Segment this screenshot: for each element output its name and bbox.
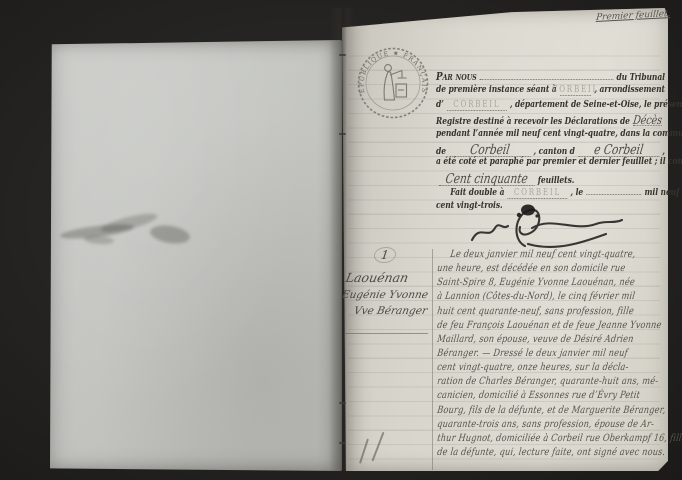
margin-rule [344, 333, 428, 334]
margin-widow-name: Vve Béranger [353, 305, 429, 317]
corbeil-stamp: CORBEIL [514, 188, 561, 198]
printed-title-form: Par nous du Tribunal de première instanc… [436, 70, 666, 214]
form-line: Par nous du Tribunal [436, 70, 665, 84]
act-line: Saint-Spire 8, Eugénie Yvonne Laouénan, … [436, 277, 669, 291]
act-line: Le deux janvier mil neuf cent vingt-quat… [436, 249, 682, 263]
margin-divider-line [432, 249, 433, 470]
blank-line [480, 70, 613, 80]
form-text: , canton d [533, 146, 574, 157]
stitch-mark [339, 442, 346, 444]
form-line: de Corbeil , canton d e Corbeil , [436, 142, 665, 156]
fill-in: Décès [633, 113, 662, 126]
form-text: , arrondissement [594, 84, 665, 95]
form-text: Registre destiné à recevoir les Déclarat… [436, 116, 630, 127]
fill-in: Corbeil [449, 142, 530, 157]
form-text: , le [571, 187, 584, 198]
form-text: de [436, 146, 446, 157]
act-line: à Lannion (Côtes-du-Nord), le cinq févri… [436, 291, 669, 305]
form-text: du Tribunal [616, 72, 664, 83]
act-line: cent vingt-quatre, onze heures, sur la d… [436, 362, 669, 376]
corbeil-stamp: CORBEIL [552, 85, 599, 95]
act-line: Béranger. — Dressé le deux janvier mil n… [436, 348, 669, 362]
act-line: une heure, est décédée en son domicile r… [436, 263, 669, 277]
form-line: Cent cinquante feuillets. [436, 171, 665, 185]
act-line: canicien, domicilié à Essonnes rue d’Évr… [436, 390, 669, 404]
republique-francaise-seal-icon: RÉPUBLIQUE ★ FRANÇAISE [355, 45, 431, 121]
form-line: Fait double à CORBEIL , le mil neuf [436, 185, 679, 199]
act-line: Bourg, fils de la défunte, et de Marguer… [436, 405, 669, 419]
scanned-register-photo: Premier feuillet. RÉPUBLIQUE ★ FRANÇAISE… [0, 0, 682, 480]
form-line: Registre destiné à recevoir les Déclarat… [436, 113, 665, 127]
marianne-figure [384, 65, 406, 100]
fill-in: Cent cinquante [439, 171, 534, 186]
form-text: d’ [436, 99, 444, 110]
act-line: de feu François Laouénan et de feue Jean… [436, 320, 669, 334]
form-text: Par nous [436, 70, 477, 83]
form-text: , département de Seine-et-Oise, le prése… [510, 99, 682, 110]
form-text: , [662, 146, 665, 157]
act-line: thur Hugnot, domiciliée à Corbeil rue Ob… [436, 433, 669, 447]
form-line: a été coté et paraphé par premier et der… [436, 156, 665, 170]
fill-in: e Corbeil [578, 142, 659, 157]
act-line: quarante-trois ans, sans profession, épo… [436, 419, 669, 433]
form-text: pendant l’année mil neuf cent vingt-quat… [436, 128, 682, 139]
form-line: d’ CORBEIL , département de Seine-et-Ois… [436, 99, 665, 113]
act-line: de la défunte, qui, lecture faite, ont s… [436, 447, 669, 461]
margin-given-names: Eugénie Yvonne [341, 289, 430, 301]
form-line: pendant l’année mil neuf cent vingt-quat… [436, 128, 665, 142]
death-act-text: Le deux janvier mil neuf cent vingt-quat… [437, 249, 669, 461]
stitch-mark [339, 402, 346, 404]
stitch-mark [339, 133, 346, 135]
form-text: a été coté et paraphé par premier et der… [436, 156, 682, 167]
form-text: de première instance séant à [436, 84, 557, 95]
ink-smudge [58, 216, 198, 262]
fill-in: CORBEIL [447, 100, 507, 111]
corbeil-stamp: CORBEIL [453, 100, 500, 110]
handwritten-fill: Décès [632, 113, 663, 127]
margin-surname: Laouénan [344, 270, 409, 285]
act-line: Maillard, son épouse, veuve de Désiré Ad… [436, 334, 669, 348]
stitch-mark [339, 54, 346, 56]
form-text: Fait double à [450, 187, 504, 198]
act-line: ration de Charles Béranger, quarante-hui… [436, 376, 669, 390]
form-text: feuillets. [538, 175, 575, 186]
signature-scrawl [462, 200, 652, 256]
form-text: mil neuf [645, 187, 680, 198]
blank-line [586, 185, 641, 195]
act-line: huit cent quarante-neuf, sans profession… [436, 306, 669, 320]
fill-in: CORBEIL [560, 85, 591, 96]
fill-in: CORBEIL [508, 188, 568, 199]
form-line: de première instance séant à CORBEIL , a… [436, 84, 665, 98]
